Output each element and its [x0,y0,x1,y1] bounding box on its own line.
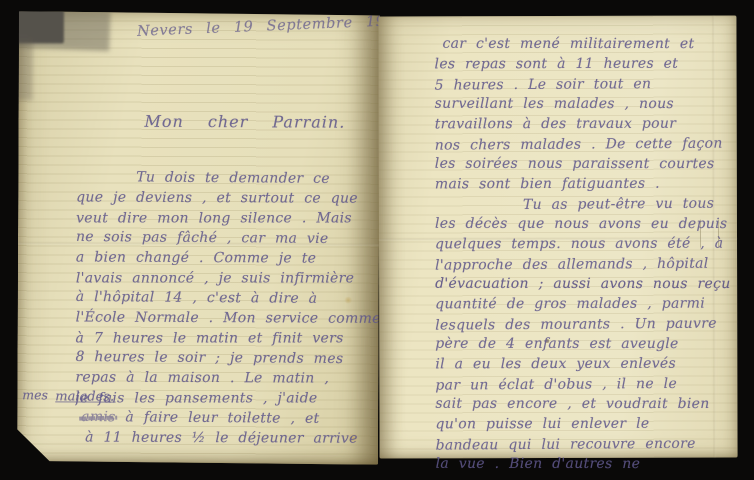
handwriting-line: ne sois pas fâché , car ma vie [76,227,379,249]
handwriting-line: l'avais annoncé , je suis infirmière [76,269,379,289]
handwriting-line: les soirées nous paraissent courtes [435,154,737,174]
handwriting-line: les repas sont à 11 heures et [435,54,737,75]
tape-tail [16,38,33,100]
handwriting-line: Tu dois te demander ce [76,167,379,189]
handwriting-line: à 7 heures le matin et finit vers [76,329,379,349]
handwriting-line: Tu as peut-être vu tous [435,193,737,215]
handwriting-line: mais sont bien fatiguantes . [435,174,737,195]
letter-right-page: car c'est mené militairement etles repas… [378,16,737,459]
scanned-letter: Nevers le 19 Septembre 1914 Mon cher Par… [0,0,754,480]
handwriting-line: je fais les pansements , j'aide [75,389,378,409]
handwriting-line: repas à la maison . Le matin , [75,367,378,388]
left-page-body: Tu dois te demander ceque je deviens , e… [75,167,379,454]
handwriting-line: amis à faire leur toilette , et [75,407,378,429]
date-line: Nevers le 19 Septembre 1914 [137,13,406,40]
margin-note: mes [22,387,48,402]
handwriting-line: l'approche des allemands , hôpital [435,253,737,275]
handwriting-line: quantité de gros malades , parmi [435,294,737,315]
handwriting-line: 5 heures . Le soir tout en [435,73,737,95]
handwriting-line: travaillons à des travaux pour [435,114,737,135]
handwriting-line: les décès que nous avons eu depuis [435,214,737,234]
handwriting-line: surveillant les malades , nous [435,94,737,114]
inserted-correction: malades. [55,389,114,404]
handwriting-line: 8 heures le soir ; je prends mes [75,347,378,369]
handwriting-line: bandeau qui lui recouvre encore [435,433,737,455]
right-page-body: car c'est mené militairement etles repas… [434,34,737,477]
handwriting-line: lesquels des mourants . Un pauvre [435,313,737,335]
strike-through-word: amis [81,409,116,425]
handwriting-line: par un éclat d'obus , il ne le [435,373,737,395]
handwriting-line: d'évacuation ; aussi avons nous reçu [435,274,737,294]
handwriting-line: veut dire mon long silence . Mais [76,209,379,229]
handwriting-line: que je deviens , et surtout ce que [76,187,379,208]
salutation: Mon cher Parrain. [144,112,345,132]
handwriting-line: quelques temps. nous avons été , à [435,234,737,255]
handwriting-line: à l'hôpital 14 , c'est à dire à [76,287,379,309]
handwriting-line: il a eu les deux yeux enlevés [435,354,737,375]
handwriting-line: sait pas encore , et voudrait bien [435,394,737,414]
letter-left-page: Nevers le 19 Septembre 1914 Mon cher Par… [17,11,380,465]
handwriting-line: l'École Normale . Mon service commence [76,307,379,328]
handwriting-line: père de 4 enfants est aveugle [435,334,737,354]
handwriting-line: qu'on puisse lui enlever le [435,414,737,435]
handwriting-line: a bien changé . Comme je te [76,247,379,268]
handwriting-line: car c'est mené militairement et [434,34,736,54]
handwriting-line: la vue . Bien d'autres ne [436,454,738,474]
handwriting-line: à 11 heures ½ le déjeuner arrive [75,427,378,448]
handwriting-line: nos chers malades . De cette façon [435,133,737,155]
